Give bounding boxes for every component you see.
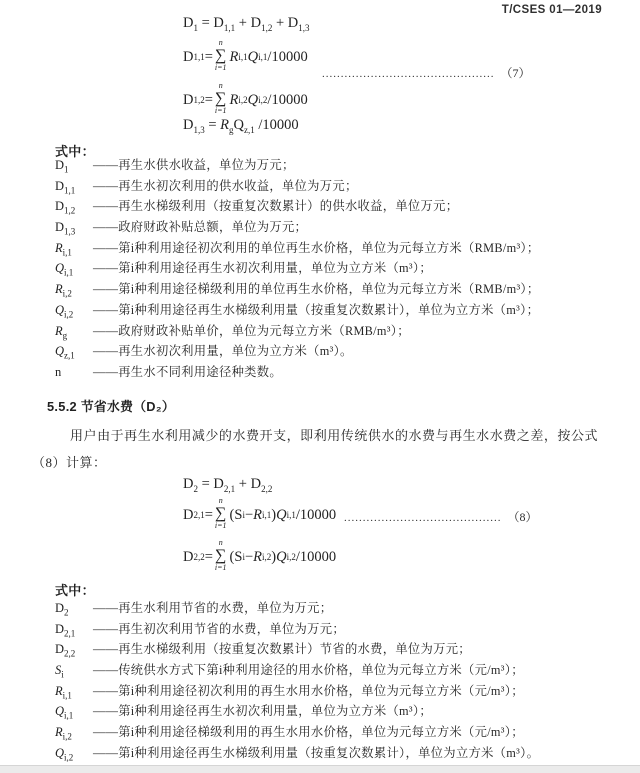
var-description: ——第i种利用途径梯级利用的单位再生水价格，单位为元每立方米（RMB/m³）；: [93, 279, 539, 297]
dotted-leader: ........................................…: [322, 68, 495, 80]
var-description: ——再生水供水收益，单位为万元；: [93, 155, 295, 173]
var-symbol: Ri,1: [55, 241, 93, 256]
var-symbol: Si: [55, 663, 93, 678]
var-symbol: Qi,2: [55, 746, 93, 761]
dotted-leader: ........................................…: [344, 512, 502, 524]
var-symbol: D2: [55, 601, 93, 616]
var-list-item: D1,3——政府财政补贴总额，单位为万元；: [55, 217, 624, 238]
document-page: T/CSES 01—2019 D1 = D1,1 + D1,2 + D1,3 D…: [0, 0, 640, 773]
var-description: ——政府财政补贴单价，单位为元每立方米（RMB/m³）；: [93, 321, 410, 339]
var-list-item: Ri,2——第i种利用途径梯级利用的再生水用水价格，单位为元每立方米（元/m³）…: [55, 722, 624, 743]
var-symbol: n: [55, 365, 93, 380]
summation-sigma: n∑i=1: [215, 497, 227, 531]
var-description: ——第i种利用途径初次利用的再生水用水价格，单位为元每立方米（元/m³）；: [93, 681, 524, 699]
var-symbol: Qz,1: [55, 344, 93, 359]
var-symbol: D1,2: [55, 199, 93, 214]
variable-list-2: D2——再生水利用节省的水费，单位为万元；D2,1——再生初次利用节省的水费，单…: [55, 598, 624, 764]
variable-list-1: D1——再生水供水收益，单位为万元；D1,1——再生水初次利用的供水收益，单位为…: [55, 155, 624, 383]
equation-line: D1 = D1,1 + D1,2 + D1,3: [183, 13, 310, 33]
section-title: 5.5.2 节省水费（D₂）: [47, 396, 175, 415]
page-bottom-edge: [0, 765, 640, 773]
equation-7-reference: ........................................…: [322, 64, 531, 81]
var-description: ——传统供水方式下第i种利用途径的用水价格，单位为元每立方米（元/m³）；: [93, 660, 524, 678]
equation-line: D1,3 = RgQz,1 /10000: [183, 115, 299, 135]
var-symbol: Ri,2: [55, 282, 93, 297]
var-symbol: Qi,2: [55, 303, 93, 318]
var-symbol: D1,1: [55, 179, 93, 194]
var-list-item: Ri,1——第i种利用途径初次利用的再生水用水价格，单位为元每立方米（元/m³）…: [55, 681, 624, 702]
var-symbol: Rg: [55, 324, 93, 339]
var-list-item: Ri,1——第i种利用途径初次利用的单位再生水价格，单位为元每立方米（RMB/m…: [55, 238, 624, 259]
var-description: ——再生水梯级利用（按重复次数累计）的供水收益，单位万元；: [93, 196, 458, 214]
var-symbol: Ri,1: [55, 684, 93, 699]
var-description: ——第i种利用途径梯级利用的再生水用水价格，单位为元每立方米（元/m³）；: [93, 722, 524, 740]
equation-line: D2 = D2,1 + D2,2: [183, 474, 272, 494]
equation-number: （8）: [508, 508, 538, 525]
var-description: ——政府财政补贴总额，单位为万元；: [93, 217, 307, 235]
var-list-item: Ri,2——第i种利用途径梯级利用的单位再生水价格，单位为元每立方米（RMB/m…: [55, 279, 624, 300]
equation-line: D2,1 = n∑i=1(Si − Ri,1)Qi,1 /10000: [183, 495, 336, 535]
equation-number: （7）: [501, 64, 531, 81]
var-symbol: Qi,1: [55, 261, 93, 276]
var-list-item: Rg——政府财政补贴单价，单位为元每立方米（RMB/m³）；: [55, 321, 624, 342]
var-list-item: D2,2——再生水梯级利用（按重复次数累计）节省的水费，单位为万元；: [55, 639, 624, 660]
var-description: ——再生初次利用节省的水费，单位为万元；: [93, 619, 345, 637]
var-description: ——第i种利用途径再生水初次利用量，单位为立方米（m³）；: [93, 701, 432, 719]
summation-sigma: n∑i=1: [215, 82, 227, 116]
var-description: ——再生水梯级利用（按重复次数累计）节省的水费，单位为万元；: [93, 639, 471, 657]
equation-line: D2,2 = n∑i=1(Si − Ri,2)Qi,2 /10000: [183, 537, 336, 577]
body-paragraph: 用户由于再生水利用减少的水费开支，即利用传统供水的水费与再生水水费之差，按公式（…: [32, 422, 598, 476]
var-symbol: Qi,1: [55, 704, 93, 719]
equation-line: D1,2 = n∑i=1Ri,2Qi,2 /10000: [183, 80, 308, 120]
var-description: ——再生水不同利用途径种类数。: [93, 362, 282, 380]
var-symbol: D1: [55, 158, 93, 173]
var-description: ——再生水初次利用的供水收益，单位为万元；: [93, 176, 358, 194]
var-list-item: D1,2——再生水梯级利用（按重复次数累计）的供水收益，单位万元；: [55, 196, 624, 217]
var-list-item: Qi,1——第i种利用途径再生水初次利用量，单位为立方米（m³）；: [55, 701, 624, 722]
var-list-item: Qi,1——第i种利用途径再生水初次利用量，单位为立方米（m³）；: [55, 258, 624, 279]
summation-sigma: n∑i=1: [215, 39, 227, 73]
var-list-item: Qz,1——再生水初次利用量，单位为立方米（m³）。: [55, 341, 624, 362]
var-description: ——第i种利用途径再生水梯级利用量（按重复次数累计），单位为立方米（m³）；: [93, 300, 539, 318]
summation-sigma: n∑i=1: [215, 539, 227, 573]
equation-line: D1,1 = n∑i=1Ri,1Qi,1 /10000: [183, 37, 308, 77]
var-list-item: D2——再生水利用节省的水费，单位为万元；: [55, 598, 624, 619]
document-code: T/CSES 01—2019: [502, 4, 602, 16]
var-symbol: D2,2: [55, 642, 93, 657]
formula-intro: 式中：: [55, 580, 95, 599]
var-list-item: Si——传统供水方式下第i种利用途径的用水价格，单位为元每立方米（元/m³）；: [55, 660, 624, 681]
var-list-item: D2,1——再生初次利用节省的水费，单位为万元；: [55, 619, 624, 640]
var-list-item: n——再生水不同利用途径种类数。: [55, 362, 624, 383]
var-symbol: Ri,2: [55, 725, 93, 740]
var-list-item: D1,1——再生水初次利用的供水收益，单位为万元；: [55, 176, 624, 197]
var-symbol: D1,3: [55, 220, 93, 235]
var-list-item: D1——再生水供水收益，单位为万元；: [55, 155, 624, 176]
var-description: ——第i种利用途径再生水初次利用量，单位为立方米（m³）；: [93, 258, 432, 276]
var-symbol: D2,1: [55, 622, 93, 637]
var-description: ——第i种利用途径初次利用的单位再生水价格，单位为元每立方米（RMB/m³）；: [93, 238, 539, 256]
equation-8-reference: ........................................…: [344, 508, 538, 525]
var-list-item: Qi,2——第i种利用途径再生水梯级利用量（按重复次数累计），单位为立方米（m³…: [55, 743, 624, 764]
var-description: ——第i种利用途径再生水梯级利用量（按重复次数累计），单位为立方米（m³）。: [93, 743, 539, 761]
var-description: ——再生水初次利用量，单位为立方米（m³）。: [93, 341, 353, 359]
var-description: ——再生水利用节省的水费，单位为万元；: [93, 598, 332, 616]
var-list-item: Qi,2——第i种利用途径再生水梯级利用量（按重复次数累计），单位为立方米（m³…: [55, 300, 624, 321]
